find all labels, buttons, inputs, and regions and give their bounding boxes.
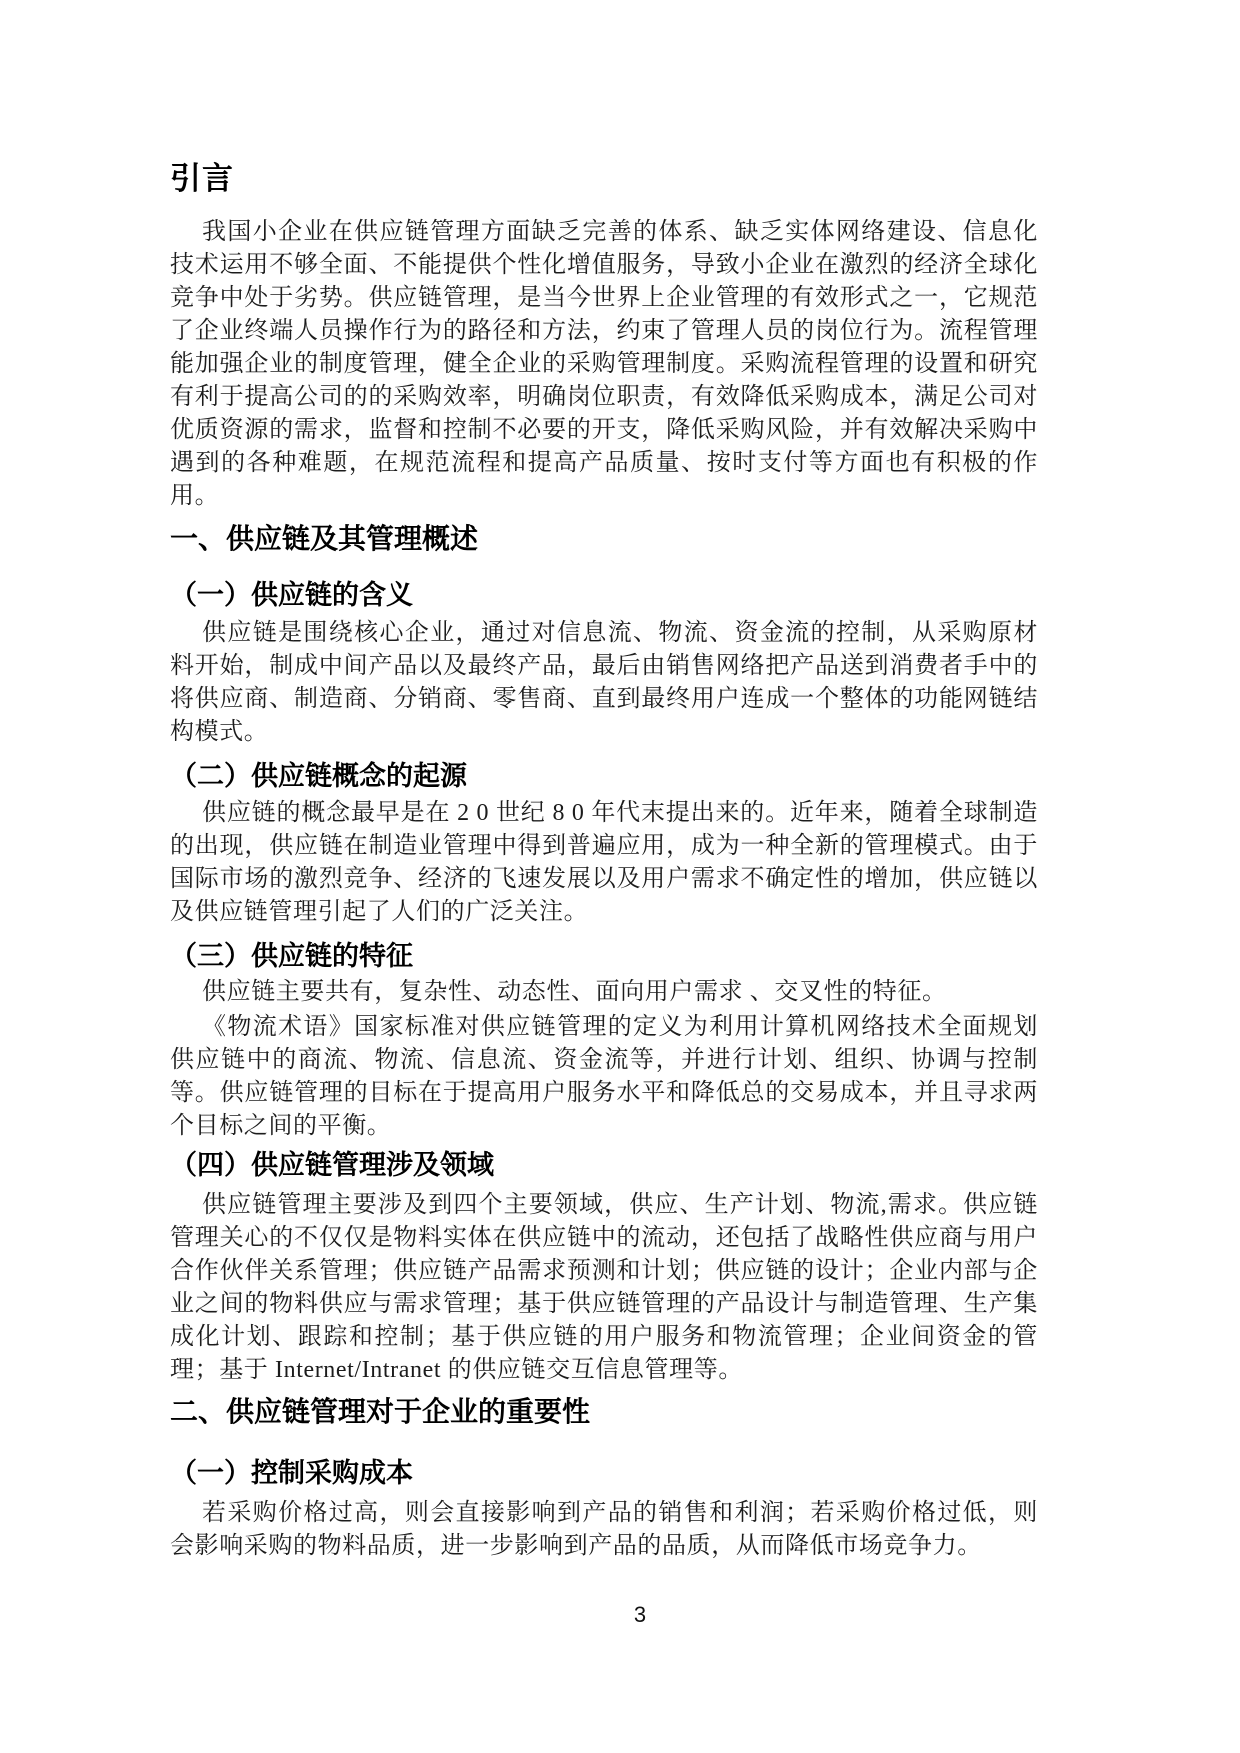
document-page: 引言 我国小企业在供应链管理方面缺乏完善的体系、缺乏实体网络建设、信息化技术运用…	[0, 0, 1240, 1753]
subsection-heading-1-4: （四）供应链管理涉及领域	[170, 1148, 1038, 1182]
paragraph-1-1: 供应链是围绕核心企业，通过对信息流、物流、资金流的控制，从采购原材料开始，制成中…	[170, 617, 1038, 749]
subsection-heading-2-1: （一）控制采购成本	[170, 1456, 1038, 1490]
paragraph-1-2: 供应链的概念最早是在 2 0 世纪 8 0 年代末提出来的。近年来，随着全球制造…	[170, 797, 1038, 929]
section-heading-2: 二、供应链管理对于企业的重要性	[170, 1394, 1038, 1430]
paragraph-1-3b: 《物流术语》国家标准对供应链管理的定义为利用计算机网络技术全面规划供应链中的商流…	[170, 1011, 1038, 1143]
page-content: 引言 我国小企业在供应链管理方面缺乏完善的体系、缺乏实体网络建设、信息化技术运用…	[170, 0, 1038, 1563]
paragraph-1-4: 供应链管理主要涉及到四个主要领域，供应、生产计划、物流,需求。供应链管理关心的不…	[170, 1189, 1038, 1387]
subsection-heading-1-2: （二）供应链概念的起源	[170, 759, 1038, 793]
section-heading-1: 一、供应链及其管理概述	[170, 521, 1038, 557]
intro-paragraph: 我国小企业在供应链管理方面缺乏完善的体系、缺乏实体网络建设、信息化技术运用不够全…	[170, 216, 1038, 513]
subsection-heading-1-3: （三）供应链的特征	[170, 939, 1038, 973]
page-number: 3	[634, 1602, 646, 1627]
subsection-heading-1-1: （一）供应链的含义	[170, 578, 1038, 612]
doc-title: 引言	[170, 160, 1038, 198]
paragraph-1-3a: 供应链主要共有，复杂性、动态性、面向用户需求 、交叉性的特征。	[170, 976, 1038, 1009]
paragraph-2-1: 若采购价格过高，则会直接影响到产品的销售和利润；若采购价格过低，则会影响采购的物…	[170, 1497, 1038, 1563]
page-footer: 3	[20, 1601, 1240, 1629]
